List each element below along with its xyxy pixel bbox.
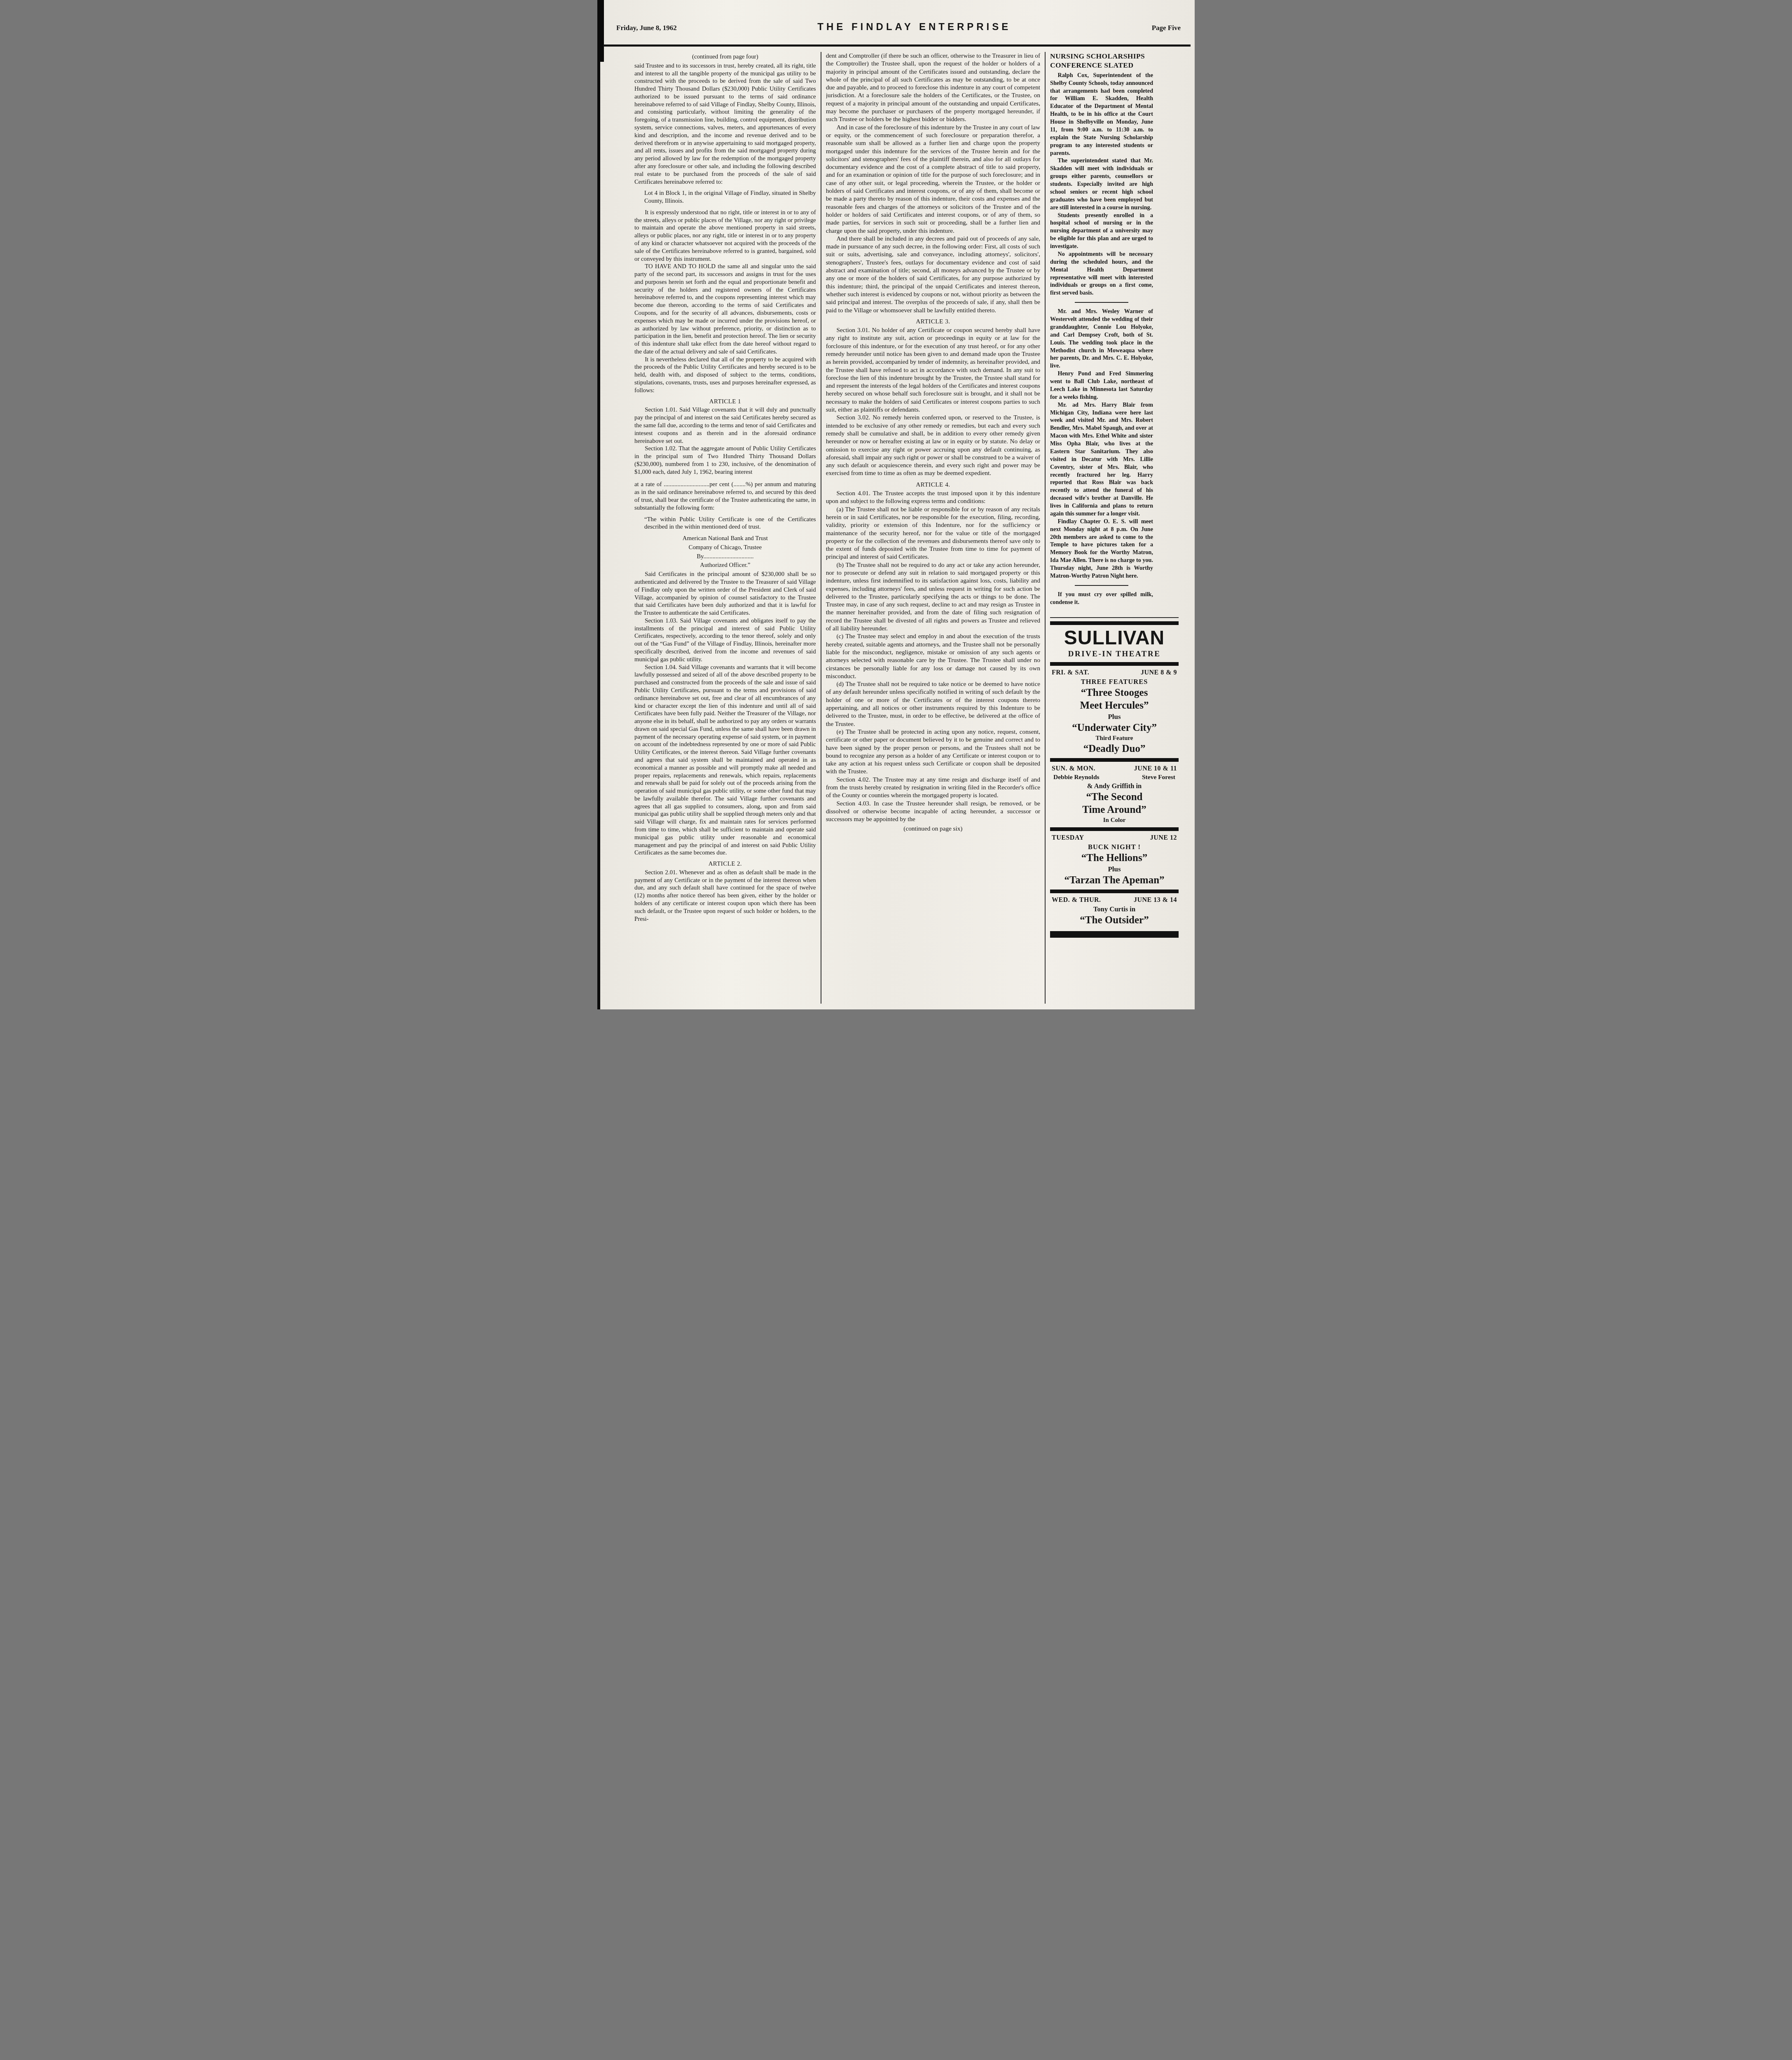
masthead: Friday, June 8, 1962 THE FINDLAY ENTERPR… [616, 21, 1181, 33]
newspaper-page: Friday, June 8, 1962 THE FINDLAY ENTERPR… [597, 0, 1195, 1009]
ad-divider-bar [1050, 758, 1179, 762]
rate-line: at a rate of ...........................… [634, 481, 816, 512]
news-paragraph: Mr. ad Mrs. Harry Blair from Michigan Ci… [1050, 401, 1153, 518]
paragraph: And there shall be included in any decre… [826, 235, 1040, 314]
ad-movie-title: Meet Hercules” [1050, 700, 1179, 712]
paragraph: (a) The Trustee shall not be liable or r… [826, 506, 1040, 561]
centered-line: Authorized Officer.” [634, 562, 816, 569]
news-headline-line1: NURSING SCHOLARSHIPS [1050, 52, 1145, 60]
paragraph: Said Certificates in the principal amoun… [634, 571, 816, 617]
ad-small-line: In Color [1050, 817, 1179, 824]
ad-bottom-bar [1050, 931, 1179, 938]
news-paragraph: Henry Pond and Fred Simmering went to Ba… [1050, 370, 1153, 401]
ad-day: FRI. & SAT. [1052, 669, 1089, 677]
ad-theatre-name: SULLIVAN [1050, 628, 1179, 648]
news-paragraph: Mr. and Mrs. Wesley Warner of Westervelt… [1050, 308, 1153, 370]
ad-movie-title: “Three Stooges [1050, 687, 1179, 699]
ad-movie-title: “Deadly Duo” [1050, 743, 1179, 755]
ad-divider-bar [1050, 890, 1179, 893]
ad-movie-title: Time Around” [1050, 804, 1179, 816]
news-section: NURSING SCHOLARSHIPS CONFERENCE SLATED R… [1050, 52, 1153, 606]
ad-movie-title: “The Outsider” [1050, 915, 1179, 926]
column-layout: (continued from page four)said Trustee a… [634, 52, 1186, 1004]
ad-date: JUNE 12 [1150, 834, 1177, 842]
news-paragraph: If you must cry over spilled milk, conde… [1050, 591, 1153, 606]
paragraph: And in case of the foreclosure of this i… [826, 124, 1040, 235]
paragraph: (e) The Trustee shall be protected in ac… [826, 728, 1040, 776]
ad-showtimes: FRI. & SAT.JUNE 8 & 9THREE FEATURES“Thre… [1050, 669, 1179, 938]
paragraph: It is nevertheless declared that all of … [634, 356, 816, 395]
centered-line: American National Bank and Trust [634, 535, 816, 543]
news-paragraph: No appointments will be necessary during… [1050, 250, 1153, 297]
ad-cast-row: Debbie ReynoldsSteve Forest [1053, 774, 1175, 781]
legal-notice-column-2: dent and Comptroller (if there be such a… [826, 52, 1040, 1004]
ad-day-date-row: WED. & THUR.JUNE 13 & 14 [1052, 897, 1177, 904]
scan-film-edge [597, 0, 600, 1009]
ad-feature-line: THREE FEATURES [1050, 678, 1179, 686]
paragraph: (d) The Trustee shall not be required to… [826, 680, 1040, 728]
paragraph: said Trustee and to its successors in tr… [634, 62, 816, 186]
paragraph: Section 4.02. The Trustee may at any tim… [826, 776, 1040, 800]
ad-center-line: & Andy Griffith in [1050, 782, 1179, 790]
ad-plus-line: Plus [1050, 865, 1179, 873]
ad-theatre-subtitle: DRIVE-IN THEATRE [1050, 650, 1179, 659]
paragraph: Section 1.03. Said Village covenants and… [634, 617, 816, 664]
scan-artifact [597, 0, 604, 62]
centered-line: By................................. [634, 553, 816, 561]
article-heading: ARTICLE 2. [634, 860, 816, 868]
ad-movie-title: “The Hellions” [1050, 852, 1179, 864]
paragraph: dent and Comptroller (if there be such a… [826, 52, 1040, 124]
article-heading: ARTICLE 3. [826, 318, 1040, 325]
ad-movie-title: “Underwater City” [1050, 722, 1179, 734]
ad-top-bar [1050, 621, 1179, 625]
paragraph: Section 1.01. Said Village covenants tha… [634, 406, 816, 445]
ad-center-line: Tony Curtis in [1050, 905, 1179, 913]
news-paragraph: The superintendent stated that Mr. Skadd… [1050, 157, 1153, 211]
news-items: Ralph Cox, Superintendent of the Shelby … [1050, 72, 1153, 606]
masthead-date: Friday, June 8, 1962 [616, 24, 677, 32]
news-headline: NURSING SCHOLARSHIPS CONFERENCE SLATED [1050, 52, 1153, 70]
paragraph: It is expressly understood that no right… [634, 209, 816, 263]
paragraph: Section 1.04. Said Village covenants and… [634, 664, 816, 857]
ad-plus-line: Plus [1050, 713, 1179, 721]
article-heading: ARTICLE 4. [826, 481, 1040, 489]
ad-top-thin-rule [1050, 617, 1179, 618]
paragraph: Section 1.02. That the aggregate amount … [634, 445, 816, 476]
ad-movie-title: “Tarzan The Apeman” [1050, 875, 1179, 886]
news-paragraph: Findlay Chapter O. E. S. will meet next … [1050, 518, 1153, 580]
ad-date: JUNE 13 & 14 [1134, 897, 1177, 904]
right-column: NURSING SCHOLARSHIPS CONFERENCE SLATED R… [1050, 52, 1186, 1004]
ad-day-date-row: FRI. & SAT.JUNE 8 & 9 [1052, 669, 1177, 677]
paragraph: TO HAVE AND TO HOLD the same all and sin… [634, 263, 816, 356]
ad-day: TUESDAY [1052, 834, 1084, 842]
article-heading: ARTICLE 1 [634, 398, 816, 406]
ad-feature-line: BUCK NIGHT ! [1050, 843, 1179, 851]
ad-divider-bar [1050, 827, 1179, 831]
news-paragraph: Ralph Cox, Superintendent of the Shelby … [1050, 72, 1153, 157]
brief-divider-rule [1075, 585, 1128, 586]
masthead-rule [603, 44, 1191, 47]
paragraph: Section 3.01. No holder of any Certifica… [826, 326, 1040, 414]
paragraph: Section 3.02. No remedy herein conferred… [826, 414, 1040, 477]
brief-divider-rule [1075, 302, 1128, 303]
news-paragraph: Students presently enrolled in a hospita… [1050, 212, 1153, 250]
ad-date: JUNE 8 & 9 [1141, 669, 1177, 677]
legal-notice-column-1: (continued from page four)said Trustee a… [634, 52, 816, 1004]
paragraph: Section 2.01. Whenever and as often as d… [634, 869, 816, 923]
ad-day: SUN. & MON. [1052, 765, 1095, 772]
ad-cast-left: Debbie Reynolds [1053, 774, 1100, 781]
sullivan-drive-in-ad: SULLIVAN DRIVE-IN THEATRE FRI. & SAT.JUN… [1050, 617, 1179, 938]
ad-day-date-row: TUESDAYJUNE 12 [1052, 834, 1177, 842]
indented-block: “The within Public Utility Certificate i… [644, 516, 816, 531]
ad-date: JUNE 10 & 11 [1134, 765, 1177, 772]
ad-cast-right: Steve Forest [1142, 774, 1175, 781]
paragraph: (b) The Trustee shall not be required to… [826, 561, 1040, 633]
column-divider [1045, 52, 1046, 1004]
ad-small-line: Third Feature [1050, 735, 1179, 742]
indented-block: Lot 4 in Block 1, in the original Villag… [644, 190, 816, 205]
ad-day-date-row: SUN. & MON.JUNE 10 & 11 [1052, 765, 1177, 772]
centered-line: (continued on page six) [826, 825, 1040, 833]
centered-line: Company of Chicago, Trustee [634, 544, 816, 552]
newspaper-title: THE FINDLAY ENTERPRISE [677, 21, 1152, 33]
paragraph: (c) The Trustee may select and employ in… [826, 632, 1040, 680]
news-headline-line2: CONFERENCE SLATED [1050, 61, 1133, 69]
centered-line: (continued from page four) [634, 53, 816, 61]
ad-day: WED. & THUR. [1052, 897, 1101, 904]
ad-section-bar [1050, 662, 1179, 666]
column-divider [821, 52, 821, 1004]
page-number: Page Five [1152, 24, 1181, 32]
ad-movie-title: “The Second [1050, 791, 1179, 803]
paragraph: Section 4.03. In case the Trustee hereun… [826, 800, 1040, 824]
paragraph: Section 4.01. The Trustee accepts the tr… [826, 489, 1040, 506]
